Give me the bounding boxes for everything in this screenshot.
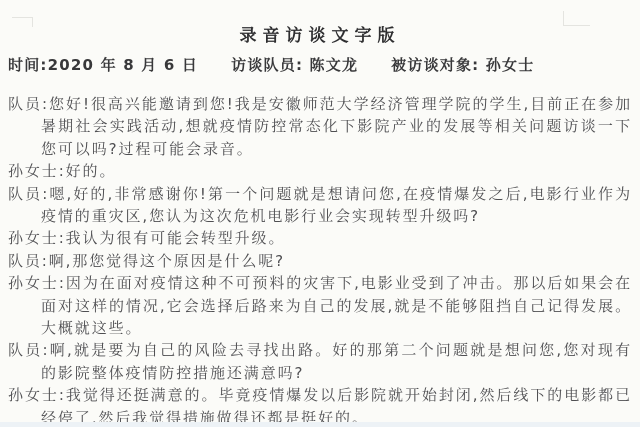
meta-time: 时间:2020 年 8 月 6 日 [8, 54, 198, 75]
dialogue-text: 嗯,好的,非常感谢你!第一个问题就是想请问您,在疫情爆发之后,电影行业作为疫情的… [41, 185, 632, 225]
dialogue-text: 好的。 [66, 162, 117, 180]
bottom-edge-strip [0, 422, 640, 427]
speaker-label: 孙女士: [8, 386, 66, 404]
dialogue-paragraph: 孙女士:我觉得还挺满意的。毕竟疫情爆发以后影院就开始封闭,然后线下的电影都已经停… [8, 384, 632, 427]
dialogue-paragraph: 队员:啊,那您觉得这个原因是什么呢? [8, 250, 632, 272]
dialogue-text: 因为在面对疫情这种不可预料的灾害下,电影业受到了冲击。那以后如果会在面对这样的情… [41, 274, 632, 337]
dialogue-text: 我认为很有可能会转型升级。 [66, 229, 286, 247]
speaker-label: 队员: [8, 341, 49, 359]
dialogue-paragraph: 队员:您好!很高兴能邀请到您!我是安徽师范大学经济管理学院的学生,目前正在参加暑… [8, 93, 632, 160]
dialogue-text: 啊,就是要为自己的风险去寻找出路。好的那第二个问题就是想问您,您对现有的影院整体… [41, 341, 632, 381]
dialogue-paragraph: 队员:嗯,好的,非常感谢你!第一个问题就是想请问您,在疫情爆发之后,电影行业作为… [8, 183, 632, 228]
dialogue-paragraph: 孙女士:因为在面对疫情这种不可预料的灾害下,电影业受到了冲击。那以后如果会在面对… [8, 272, 632, 339]
dialogue-paragraph: 孙女士:好的。 [8, 160, 632, 182]
speaker-label: 孙女士: [8, 229, 66, 247]
page-title: 录音访谈文字版 [0, 21, 640, 46]
speaker-label: 队员: [8, 252, 49, 270]
speaker-label: 孙女士: [8, 274, 66, 292]
meta-row: 时间:2020 年 8 月 6 日 访谈队员: 陈文龙 被访谈对象: 孙女士 [8, 54, 632, 75]
meta-interviewee: 被访谈对象: 孙女士 [391, 54, 534, 75]
document-page: 录音访谈文字版 时间:2020 年 8 月 6 日 访谈队员: 陈文龙 被访谈对… [0, 0, 640, 427]
dialogue-paragraph: 孙女士:我认为很有可能会转型升级。 [8, 227, 632, 249]
dialogue-text: 您好!很高兴能邀请到您!我是安徽师范大学经济管理学院的学生,目前正在参加暑期社会… [41, 95, 632, 158]
dialogue: 队员:您好!很高兴能邀请到您!我是安徽师范大学经济管理学院的学生,目前正在参加暑… [8, 93, 632, 427]
speaker-label: 孙女士: [8, 162, 66, 180]
speaker-label: 队员: [8, 185, 49, 203]
dialogue-text: 啊,那您觉得这个原因是什么呢? [49, 252, 285, 270]
meta-interviewer: 访谈队员: 陈文龙 [231, 54, 358, 75]
dialogue-paragraph: 队员:啊,就是要为自己的风险去寻找出路。好的那第二个问题就是想问您,您对现有的影… [8, 339, 632, 384]
speaker-label: 队员: [8, 95, 49, 113]
dialogue-text: 我觉得还挺满意的。毕竟疫情爆发以后影院就开始封闭,然后线下的电影都已经停了,然后… [41, 386, 632, 426]
